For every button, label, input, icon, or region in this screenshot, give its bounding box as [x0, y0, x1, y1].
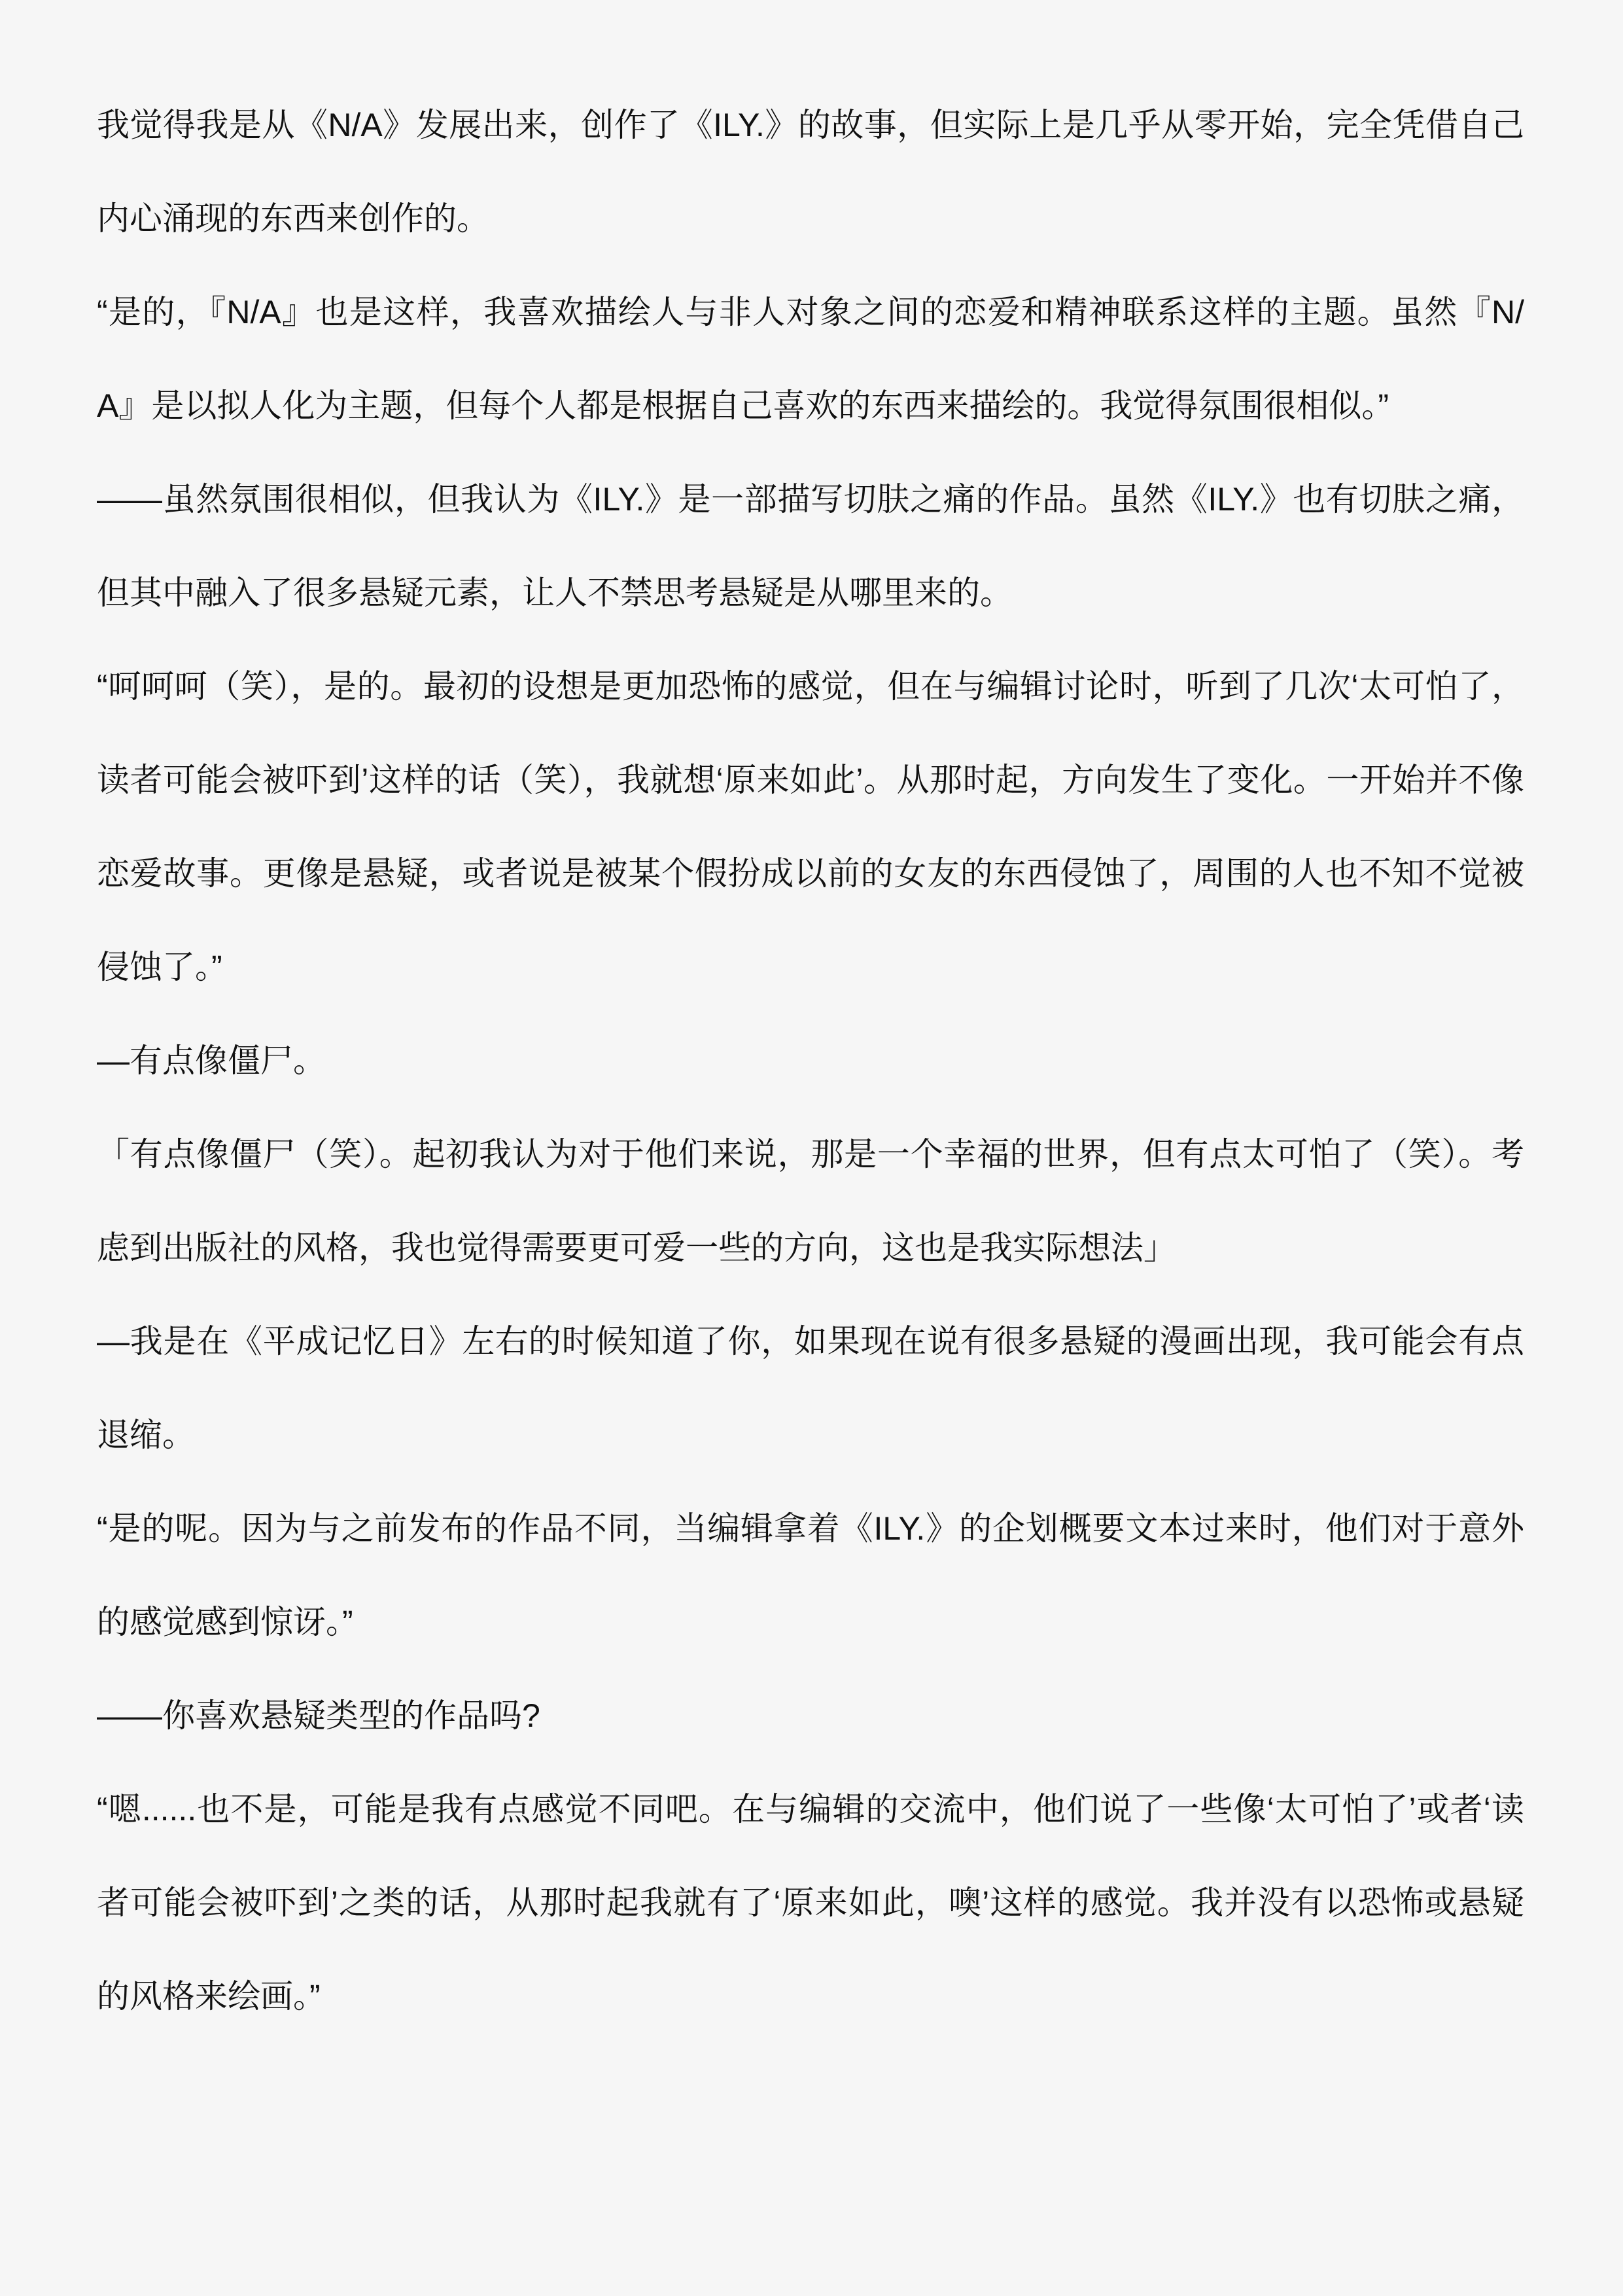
- paragraph-answer-5: “是的呢。因为与之前发布的作品不同，当编辑拿着《ILY.》的企划概要文本过来时，…: [97, 1482, 1524, 1669]
- paragraph-question-1: ——虽然氛围很相似，但我认为《ILY.》是一部描写切肤之痛的作品。虽然《ILY.…: [97, 453, 1524, 640]
- paragraph-question-4: ——你喜欢悬疑类型的作品吗?: [97, 1669, 1524, 1763]
- interview-text-block: 我觉得我是从《N/A》发展出来，创作了《ILY.》的故事，但实际上是几乎从零开始…: [97, 79, 1524, 2043]
- paragraph-answer-6: “嗯......也不是，可能是我有点感觉不同吧。在与编辑的交流中，他们说了一些像…: [97, 1763, 1524, 2043]
- document-page: 我觉得我是从《N/A》发展出来，创作了《ILY.》的故事，但实际上是几乎从零开始…: [0, 0, 1623, 2296]
- paragraph-answer-3: “呵呵呵（笑），是的。最初的设想是更加恐怖的感觉，但在与编辑讨论时，听到了几次‘…: [97, 640, 1524, 1014]
- paragraph-answer-2: “是的，『N/A』也是这样，我喜欢描绘人与非人对象之间的恋爱和精神联系这样的主题…: [97, 266, 1524, 453]
- paragraph-answer-4: 「有点像僵尸（笑）。起初我认为对于他们来说，那是一个幸福的世界，但有点太可怕了（…: [97, 1108, 1524, 1295]
- paragraph-question-2: —有点像僵尸。: [97, 1014, 1524, 1108]
- paragraph-question-3: —我是在《平成记忆日》左右的时候知道了你，如果现在说有很多悬疑的漫画出现，我可能…: [97, 1295, 1524, 1482]
- paragraph-answer-1: 我觉得我是从《N/A》发展出来，创作了《ILY.》的故事，但实际上是几乎从零开始…: [97, 79, 1524, 266]
